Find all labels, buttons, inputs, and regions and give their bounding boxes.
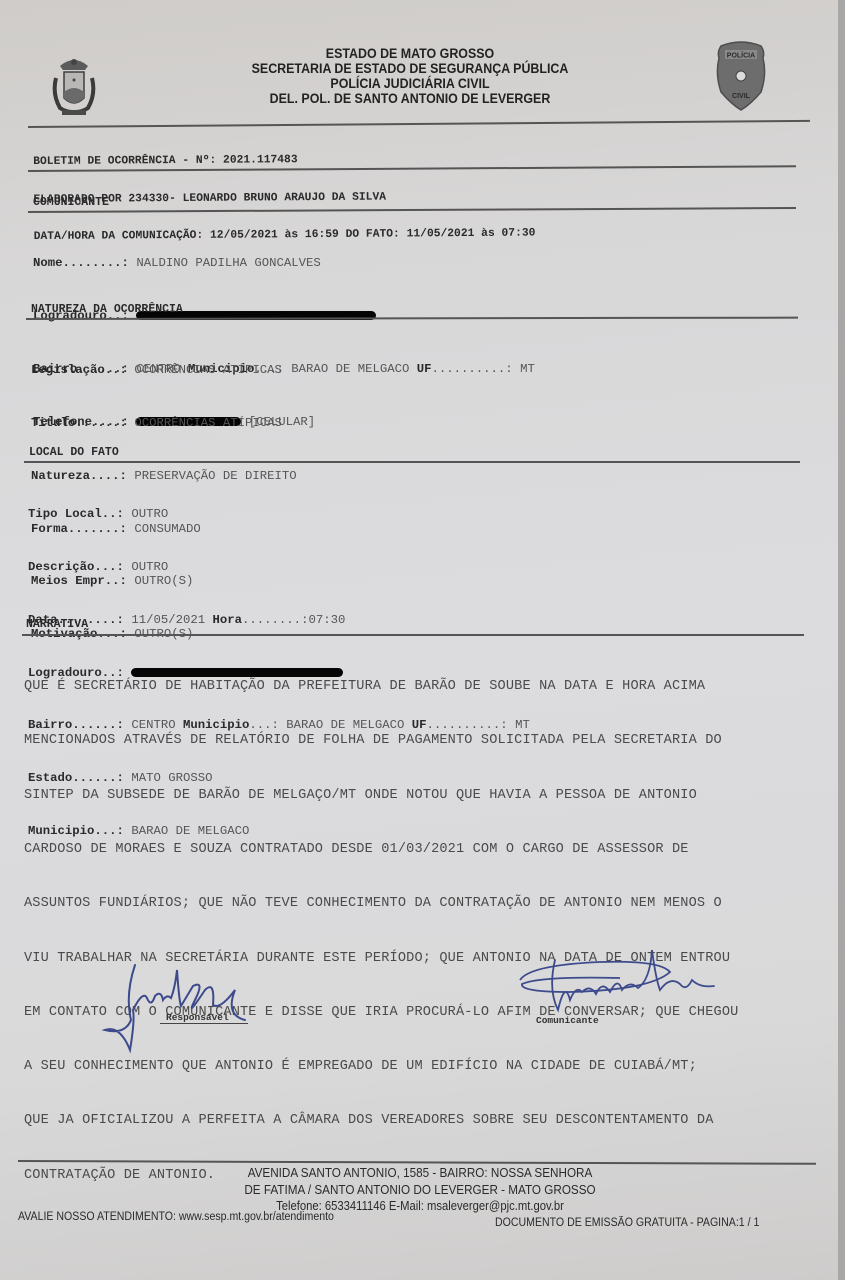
field-titulo: Titulo......: OCORRÊNCIAS ATÍPICAS xyxy=(31,415,297,433)
boletim-number: BOLETIM DE OCORRÊNCIA - Nº: 2021.117483 xyxy=(33,152,535,168)
header-line-delegacia: DEL. POL. DE SANTO ANTONIO DE LEVERGER xyxy=(217,91,603,106)
narrativa-text: QUE É SECRETÁRIO DE HABITAÇÃO DA PREFEIT… xyxy=(24,642,738,1203)
section-title-narrativa: NARRATIVA xyxy=(26,618,88,631)
field-legislacao: Legislação..: OCORRÊNCIAS ATÍPICAS xyxy=(31,362,297,380)
field-tipo-local: Tipo Local..: OUTRO xyxy=(28,506,530,524)
responsavel-label: Responsável xyxy=(166,1012,229,1023)
narrativa-divider xyxy=(22,634,804,636)
responsavel-signature xyxy=(95,950,265,1060)
comunicante-signature xyxy=(510,940,730,1020)
svg-text:POLÍCIA: POLÍCIA xyxy=(727,51,755,60)
nome-value: NALDINO PADILHA GONCALVES xyxy=(136,256,320,270)
footer-address: AVENIDA SANTO ANTONIO, 1585 - BAIRRO: NO… xyxy=(186,1164,654,1215)
policia-civil-badge-icon: POLÍCIA CIVIL xyxy=(713,40,769,112)
local-divider xyxy=(24,461,800,463)
header-line-secretaria: SECRETARIA DE ESTADO DE SEGURANÇA PÚBLIC… xyxy=(217,61,603,76)
svg-text:CIVIL: CIVIL xyxy=(732,93,751,100)
field-data-hora: Data........: 11/05/2021 Hora........:07… xyxy=(28,612,530,630)
section-title-natureza: NATUREZA DA OCORRÊNCIA xyxy=(31,303,183,316)
header-line-policia: POLÍCIA JUDICIÁRIA CIVIL xyxy=(217,76,603,91)
comunicante-label: Comunicante xyxy=(536,1015,599,1026)
field-nome: Nome........: NALDINO PADILHA GONCALVES xyxy=(33,255,535,273)
footer-avalie: AVALIE NOSSO ATENDIMENTO: www.sesp.mt.go… xyxy=(18,1211,334,1223)
section-title-local: LOCAL DO FATO xyxy=(29,446,119,459)
header-line-state: ESTADO DE MATO GROSSO xyxy=(217,46,603,61)
field-descricao: Descrição...: OUTRO xyxy=(28,559,530,577)
footer-emissao: DOCUMENTO DE EMISSÃO GRATUITA - PAGINA:1… xyxy=(495,1217,759,1229)
state-coat-of-arms-icon xyxy=(52,54,96,120)
page-edge xyxy=(838,0,845,1280)
responsavel-line xyxy=(160,1023,248,1024)
section-title-comunicante: COMUNICANTE xyxy=(33,196,109,209)
agency-header: ESTADO DE MATO GROSSO SECRETARIA DE ESTA… xyxy=(217,46,603,106)
